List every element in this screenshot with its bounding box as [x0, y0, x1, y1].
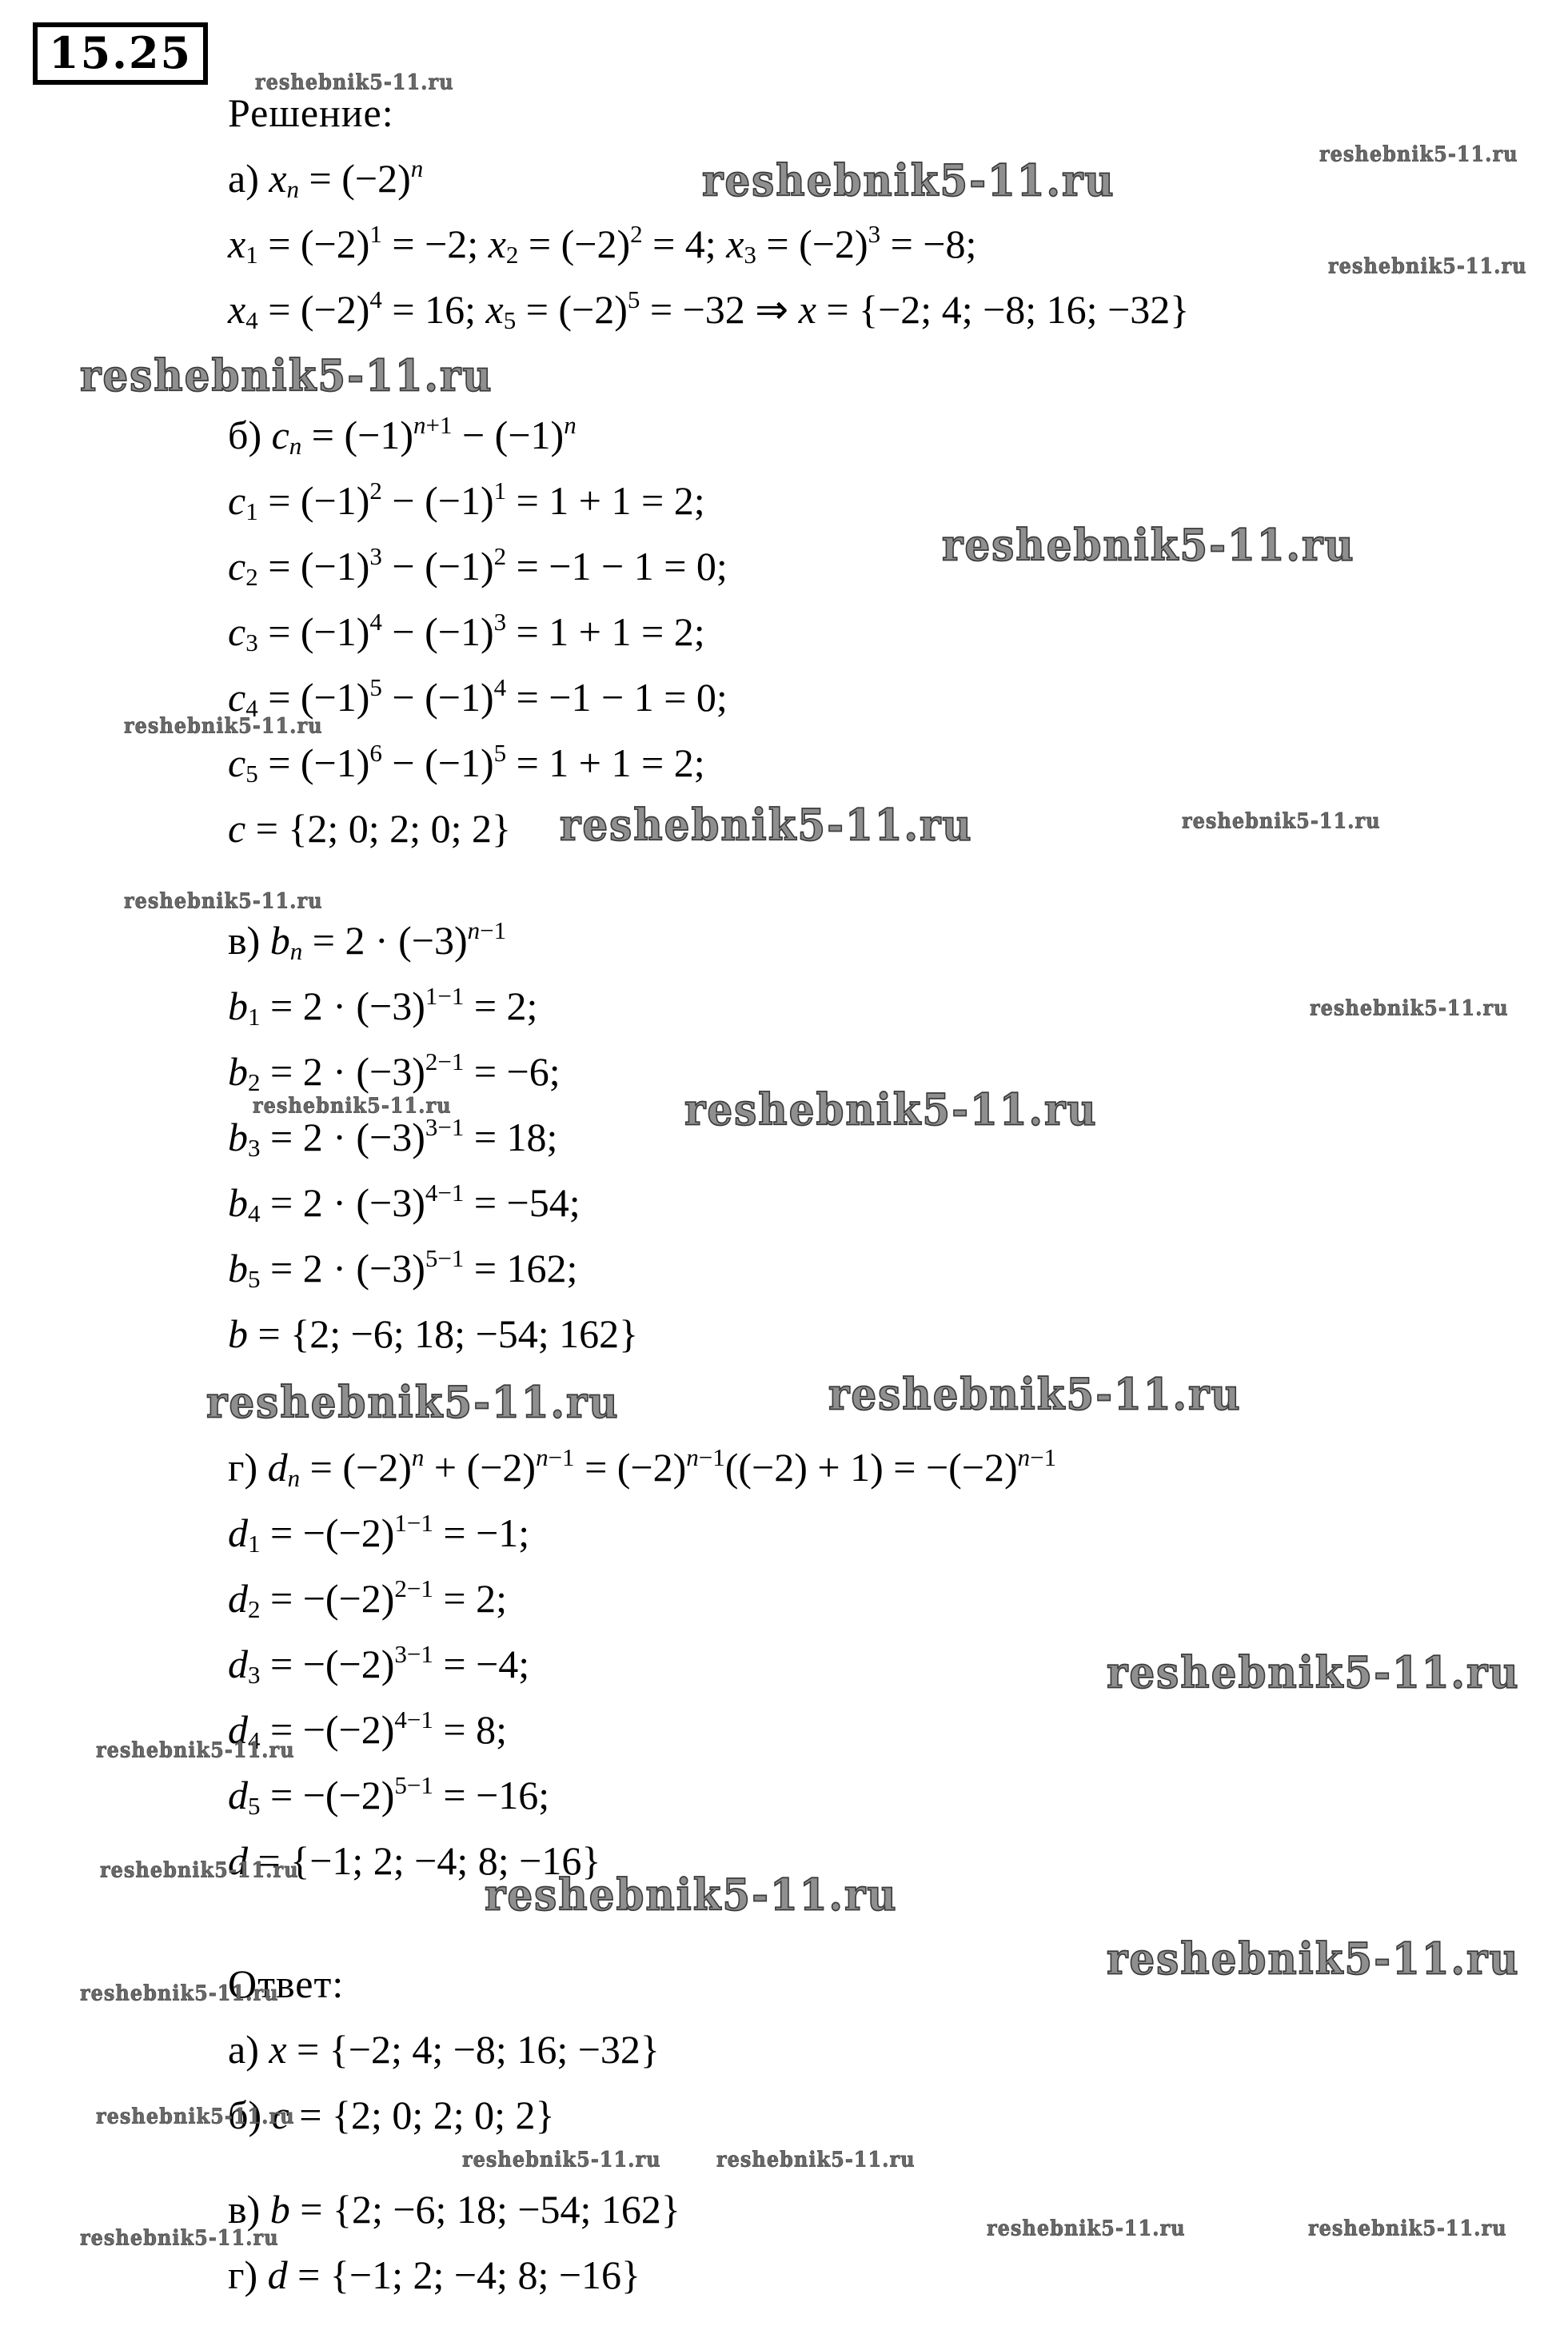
problem-number: 15.25 — [49, 27, 192, 78]
watermark-sm: reshebnik5-11.ru — [80, 2225, 279, 2250]
watermark-sm: reshebnik5-11.ru — [96, 2104, 295, 2129]
math-line: d2 = −(−2)2−1 = 2; — [228, 1566, 1547, 1631]
watermark-sm: reshebnik5-11.ru — [124, 888, 323, 913]
document-page: 15.25 Решение: а) xn = (−2)nx1 = (−2)1 =… — [0, 0, 1568, 2330]
watermark-lg: reshebnik5-11.ru — [1107, 1933, 1520, 1985]
watermark-sm: reshebnik5-11.ru — [1328, 253, 1527, 278]
watermark-lg: reshebnik5-11.ru — [485, 1869, 898, 1921]
watermark-sm: reshebnik5-11.ru — [80, 1981, 279, 2005]
part-head-formula: в) bn = 2 · (−3)n−1 — [228, 908, 1547, 973]
watermark-sm: reshebnik5-11.ru — [253, 1093, 452, 1118]
watermark-lg: reshebnik5-11.ru — [702, 155, 1115, 206]
watermark-sm: reshebnik5-11.ru — [124, 713, 323, 738]
part-head-formula: г) dn = (−2)n + (−2)n−1 = (−2)n−1((−2) +… — [228, 1434, 1547, 1500]
watermark-lg: reshebnik5-11.ru — [80, 350, 493, 401]
math-line: b4 = 2 · (−3)4−1 = −54; — [228, 1170, 1547, 1235]
watermark-lg: reshebnik5-11.ru — [560, 800, 973, 851]
watermark-lg: reshebnik5-11.ru — [828, 1369, 1242, 1420]
watermark-sm: reshebnik5-11.ru — [987, 2216, 1186, 2240]
math-line: d4 = −(−2)4−1 = 8; — [228, 1697, 1547, 1762]
watermark-lg: reshebnik5-11.ru — [206, 1377, 620, 1428]
watermark-sm: reshebnik5-11.ru — [255, 70, 454, 94]
math-line: d5 = −(−2)5−1 = −16; — [228, 1762, 1547, 1828]
math-line: c4 = (−1)5 − (−1)4 = −1 − 1 = 0; — [228, 664, 1547, 730]
solution-part-v: в) bn = 2 · (−3)n−1b1 = 2 · (−3)1−1 = 2;… — [228, 908, 1547, 1366]
solution-part-b: б) cn = (−1)n+1 − (−1)nc1 = (−1)2 − (−1)… — [228, 402, 1547, 861]
math-line: d1 = −(−2)1−1 = −1; — [228, 1500, 1547, 1566]
math-line: c3 = (−1)4 − (−1)3 = 1 + 1 = 2; — [228, 599, 1547, 664]
watermark-sm: reshebnik5-11.ru — [1319, 142, 1518, 166]
watermark-sm: reshebnik5-11.ru — [716, 2147, 916, 2172]
watermark-sm: reshebnik5-11.ru — [100, 1857, 299, 1882]
part-head-formula: б) cn = (−1)n+1 − (−1)n — [228, 402, 1547, 468]
watermark-sm: reshebnik5-11.ru — [1308, 2216, 1507, 2240]
answer-line: а) x = {−2; 4; −8; 16; −32} — [228, 2017, 1547, 2082]
watermark-lg: reshebnik5-11.ru — [1107, 1647, 1520, 1698]
answer-line: б) c = {2; 0; 2; 0; 2} — [228, 2082, 1547, 2148]
math-line: b5 = 2 · (−3)5−1 = 162; — [228, 1235, 1547, 1301]
problem-number-box: 15.25 — [33, 22, 208, 85]
answer-line: г) d = {−1; 2; −4; 8; −16} — [228, 2242, 1547, 2308]
watermark-sm: reshebnik5-11.ru — [462, 2147, 661, 2172]
watermark-sm: reshebnik5-11.ru — [1310, 995, 1509, 1020]
watermark-sm: reshebnik5-11.ru — [96, 1738, 295, 1762]
math-line: x4 = (−2)4 = 16; x5 = (−2)5 = −32 ⇒ x = … — [228, 277, 1547, 342]
watermark-sm: reshebnik5-11.ru — [1182, 808, 1381, 833]
watermark-lg: reshebnik5-11.ru — [684, 1084, 1098, 1135]
math-line: c5 = (−1)6 − (−1)5 = 1 + 1 = 2; — [228, 730, 1547, 796]
set-line: b = {2; −6; 18; −54; 162} — [228, 1301, 1547, 1366]
watermark-lg: reshebnik5-11.ru — [942, 520, 1355, 571]
